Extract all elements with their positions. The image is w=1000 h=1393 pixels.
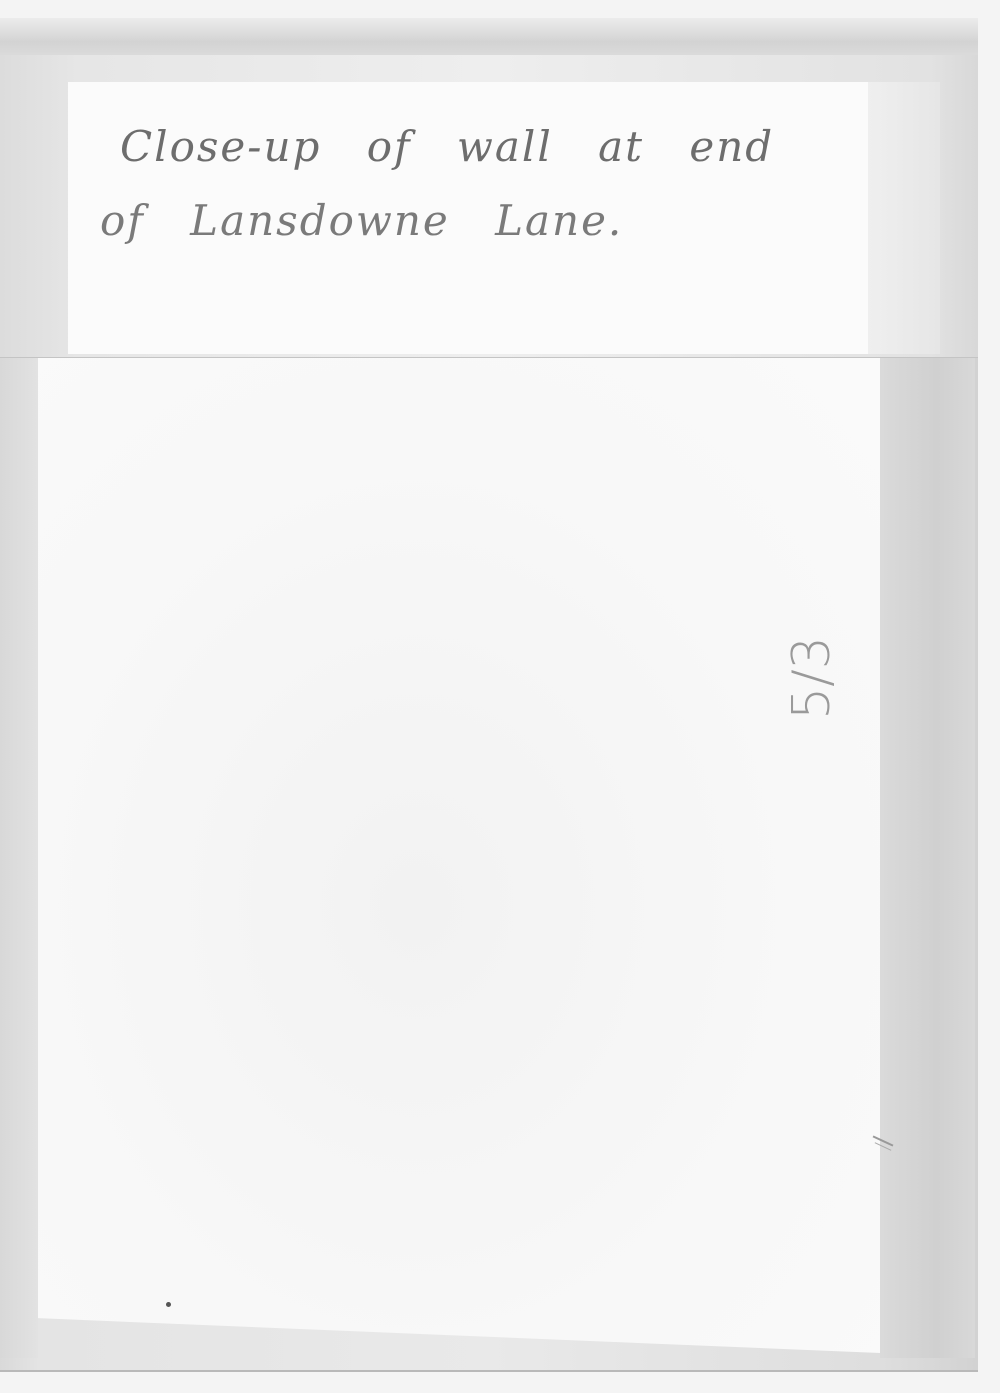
sleeve-right-edge bbox=[880, 358, 975, 1358]
caption-line-1: Close-up of wall at end bbox=[120, 122, 774, 171]
caption-label-edge bbox=[868, 82, 940, 354]
caption-line-2: of Lansdowne Lane. bbox=[100, 196, 623, 245]
sleeve-top-fold bbox=[0, 18, 978, 58]
pencil-reference-note: 5/3 bbox=[782, 636, 842, 720]
photo-back bbox=[38, 358, 880, 1353]
sleeve-left-edge bbox=[0, 358, 38, 1358]
ink-speck bbox=[166, 1302, 171, 1307]
